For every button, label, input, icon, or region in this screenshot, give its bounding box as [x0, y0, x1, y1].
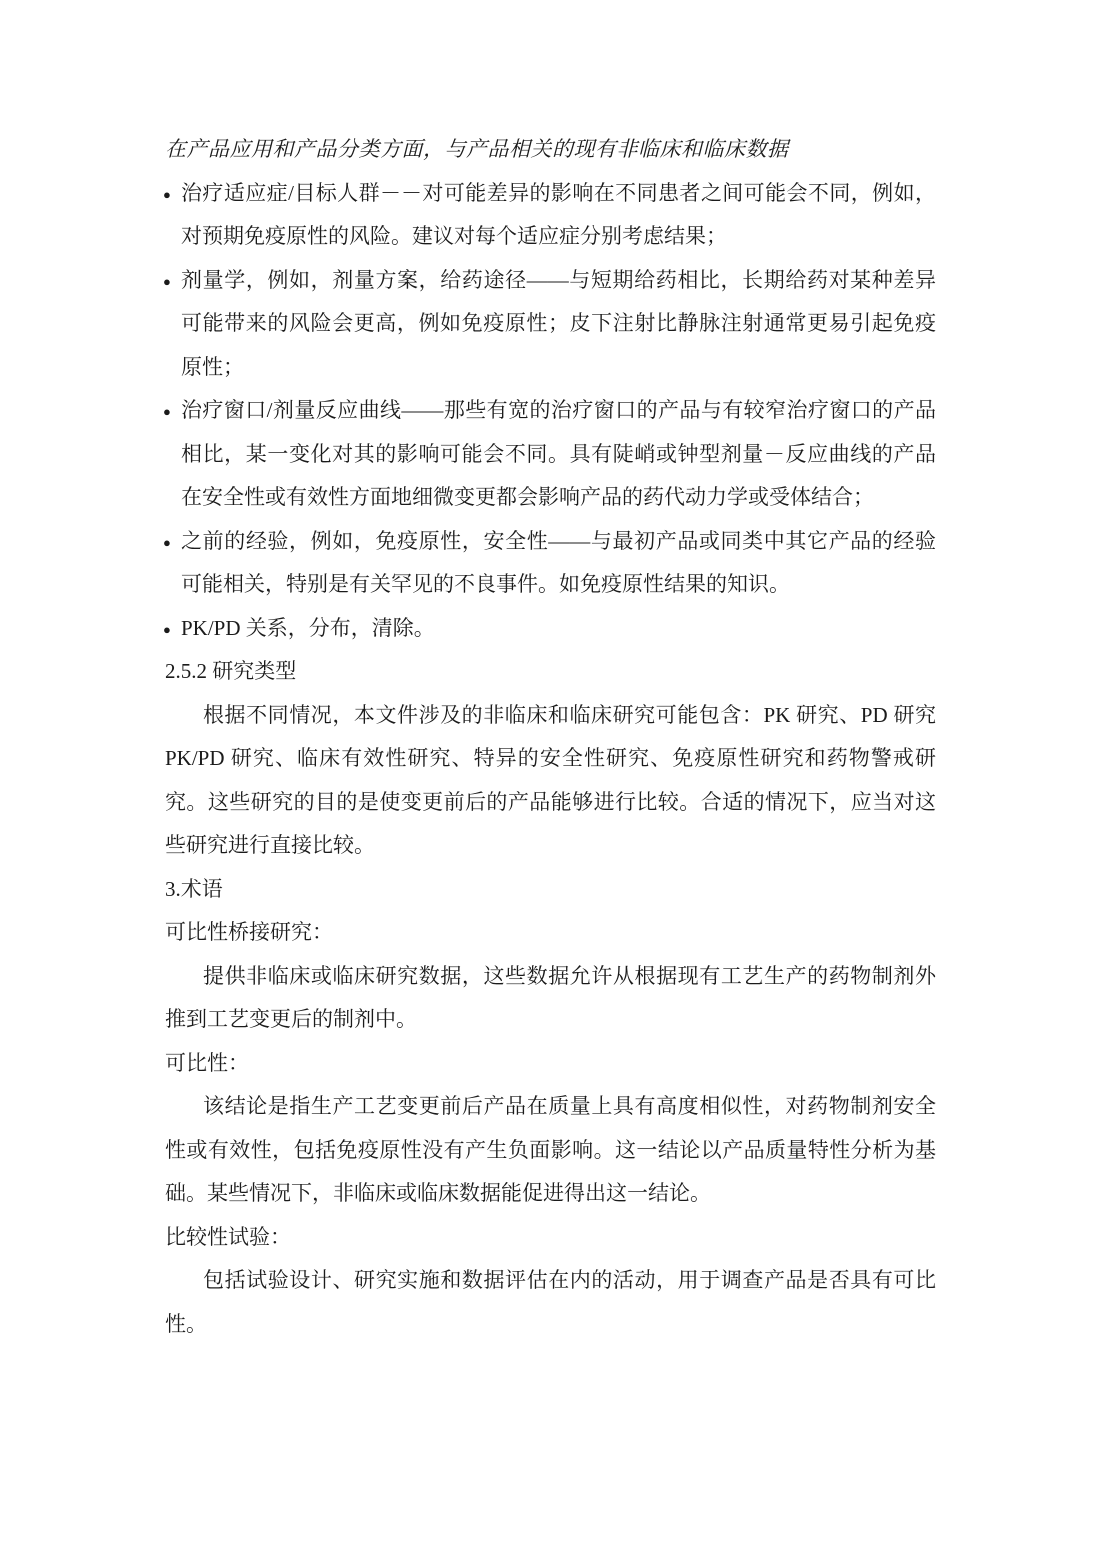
bullet-icon: ● — [163, 173, 171, 217]
list-item: ● 之前的经验，例如，免疫原性，安全性——与最初产品或同类中其它产品的经验可能相… — [165, 520, 936, 607]
term-definition: 该结论是指生产工艺变更前后产品在质量上具有高度相似性，对药物制剂安全性或有效性，… — [165, 1085, 936, 1216]
list-item: ● 治疗适应症/目标人群－－对可能差异的影响在不同患者之间可能会不同，例如，对预… — [165, 172, 936, 259]
paragraph-study-types: 根据不同情况，本文件涉及的非临床和临床研究可能包含：PK 研究、PD 研究 PK… — [165, 694, 936, 868]
list-item-text: 治疗适应症/目标人群－－对可能差异的影响在不同患者之间可能会不同，例如，对预期免… — [181, 181, 936, 249]
list-item-text: 剂量学，例如，剂量方案，给药途径——与短期给药相比，长期给药对某种差异可能带来的… — [181, 268, 936, 379]
heading-terminology: 3.术语 — [165, 868, 936, 912]
term-comparability-bridging-study: 可比性桥接研究： — [165, 911, 936, 955]
bullet-list: ● 治疗适应症/目标人群－－对可能差异的影响在不同患者之间可能会不同，例如，对预… — [165, 172, 936, 651]
bullet-icon: ● — [163, 390, 171, 434]
page-title: 在产品应用和产品分类方面，与产品相关的现有非临床和临床数据 — [165, 128, 936, 172]
list-item: ● 剂量学，例如，剂量方案，给药途径——与短期给药相比，长期给药对某种差异可能带… — [165, 259, 936, 390]
list-item-text: 之前的经验，例如，免疫原性，安全性——与最初产品或同类中其它产品的经验可能相关，… — [181, 529, 936, 597]
term-comparability: 可比性： — [165, 1042, 936, 1086]
bullet-icon: ● — [163, 608, 171, 652]
list-item-text: PK/PD 关系，分布，清除。 — [181, 616, 435, 640]
term-definition: 提供非临床或临床研究数据，这些数据允许从根据现有工艺生产的药物制剂外推到工艺变更… — [165, 955, 936, 1042]
bullet-icon: ● — [163, 260, 171, 304]
bullet-icon: ● — [163, 521, 171, 565]
list-item: ● 治疗窗口/剂量反应曲线——那些有宽的治疗窗口的产品与有较窄治疗窗口的产品相比… — [165, 389, 936, 520]
term-definition: 包括试验设计、研究实施和数据评估在内的活动，用于调查产品是否具有可比性。 — [165, 1259, 936, 1346]
list-item: ● PK/PD 关系，分布，清除。 — [165, 607, 936, 651]
document-page: 在产品应用和产品分类方面，与产品相关的现有非临床和临床数据 ● 治疗适应症/目标… — [0, 0, 1100, 1556]
term-comparative-test: 比较性试验： — [165, 1216, 936, 1260]
heading-study-types: 2.5.2 研究类型 — [165, 650, 936, 694]
list-item-text: 治疗窗口/剂量反应曲线——那些有宽的治疗窗口的产品与有较窄治疗窗口的产品相比，某… — [181, 398, 936, 509]
